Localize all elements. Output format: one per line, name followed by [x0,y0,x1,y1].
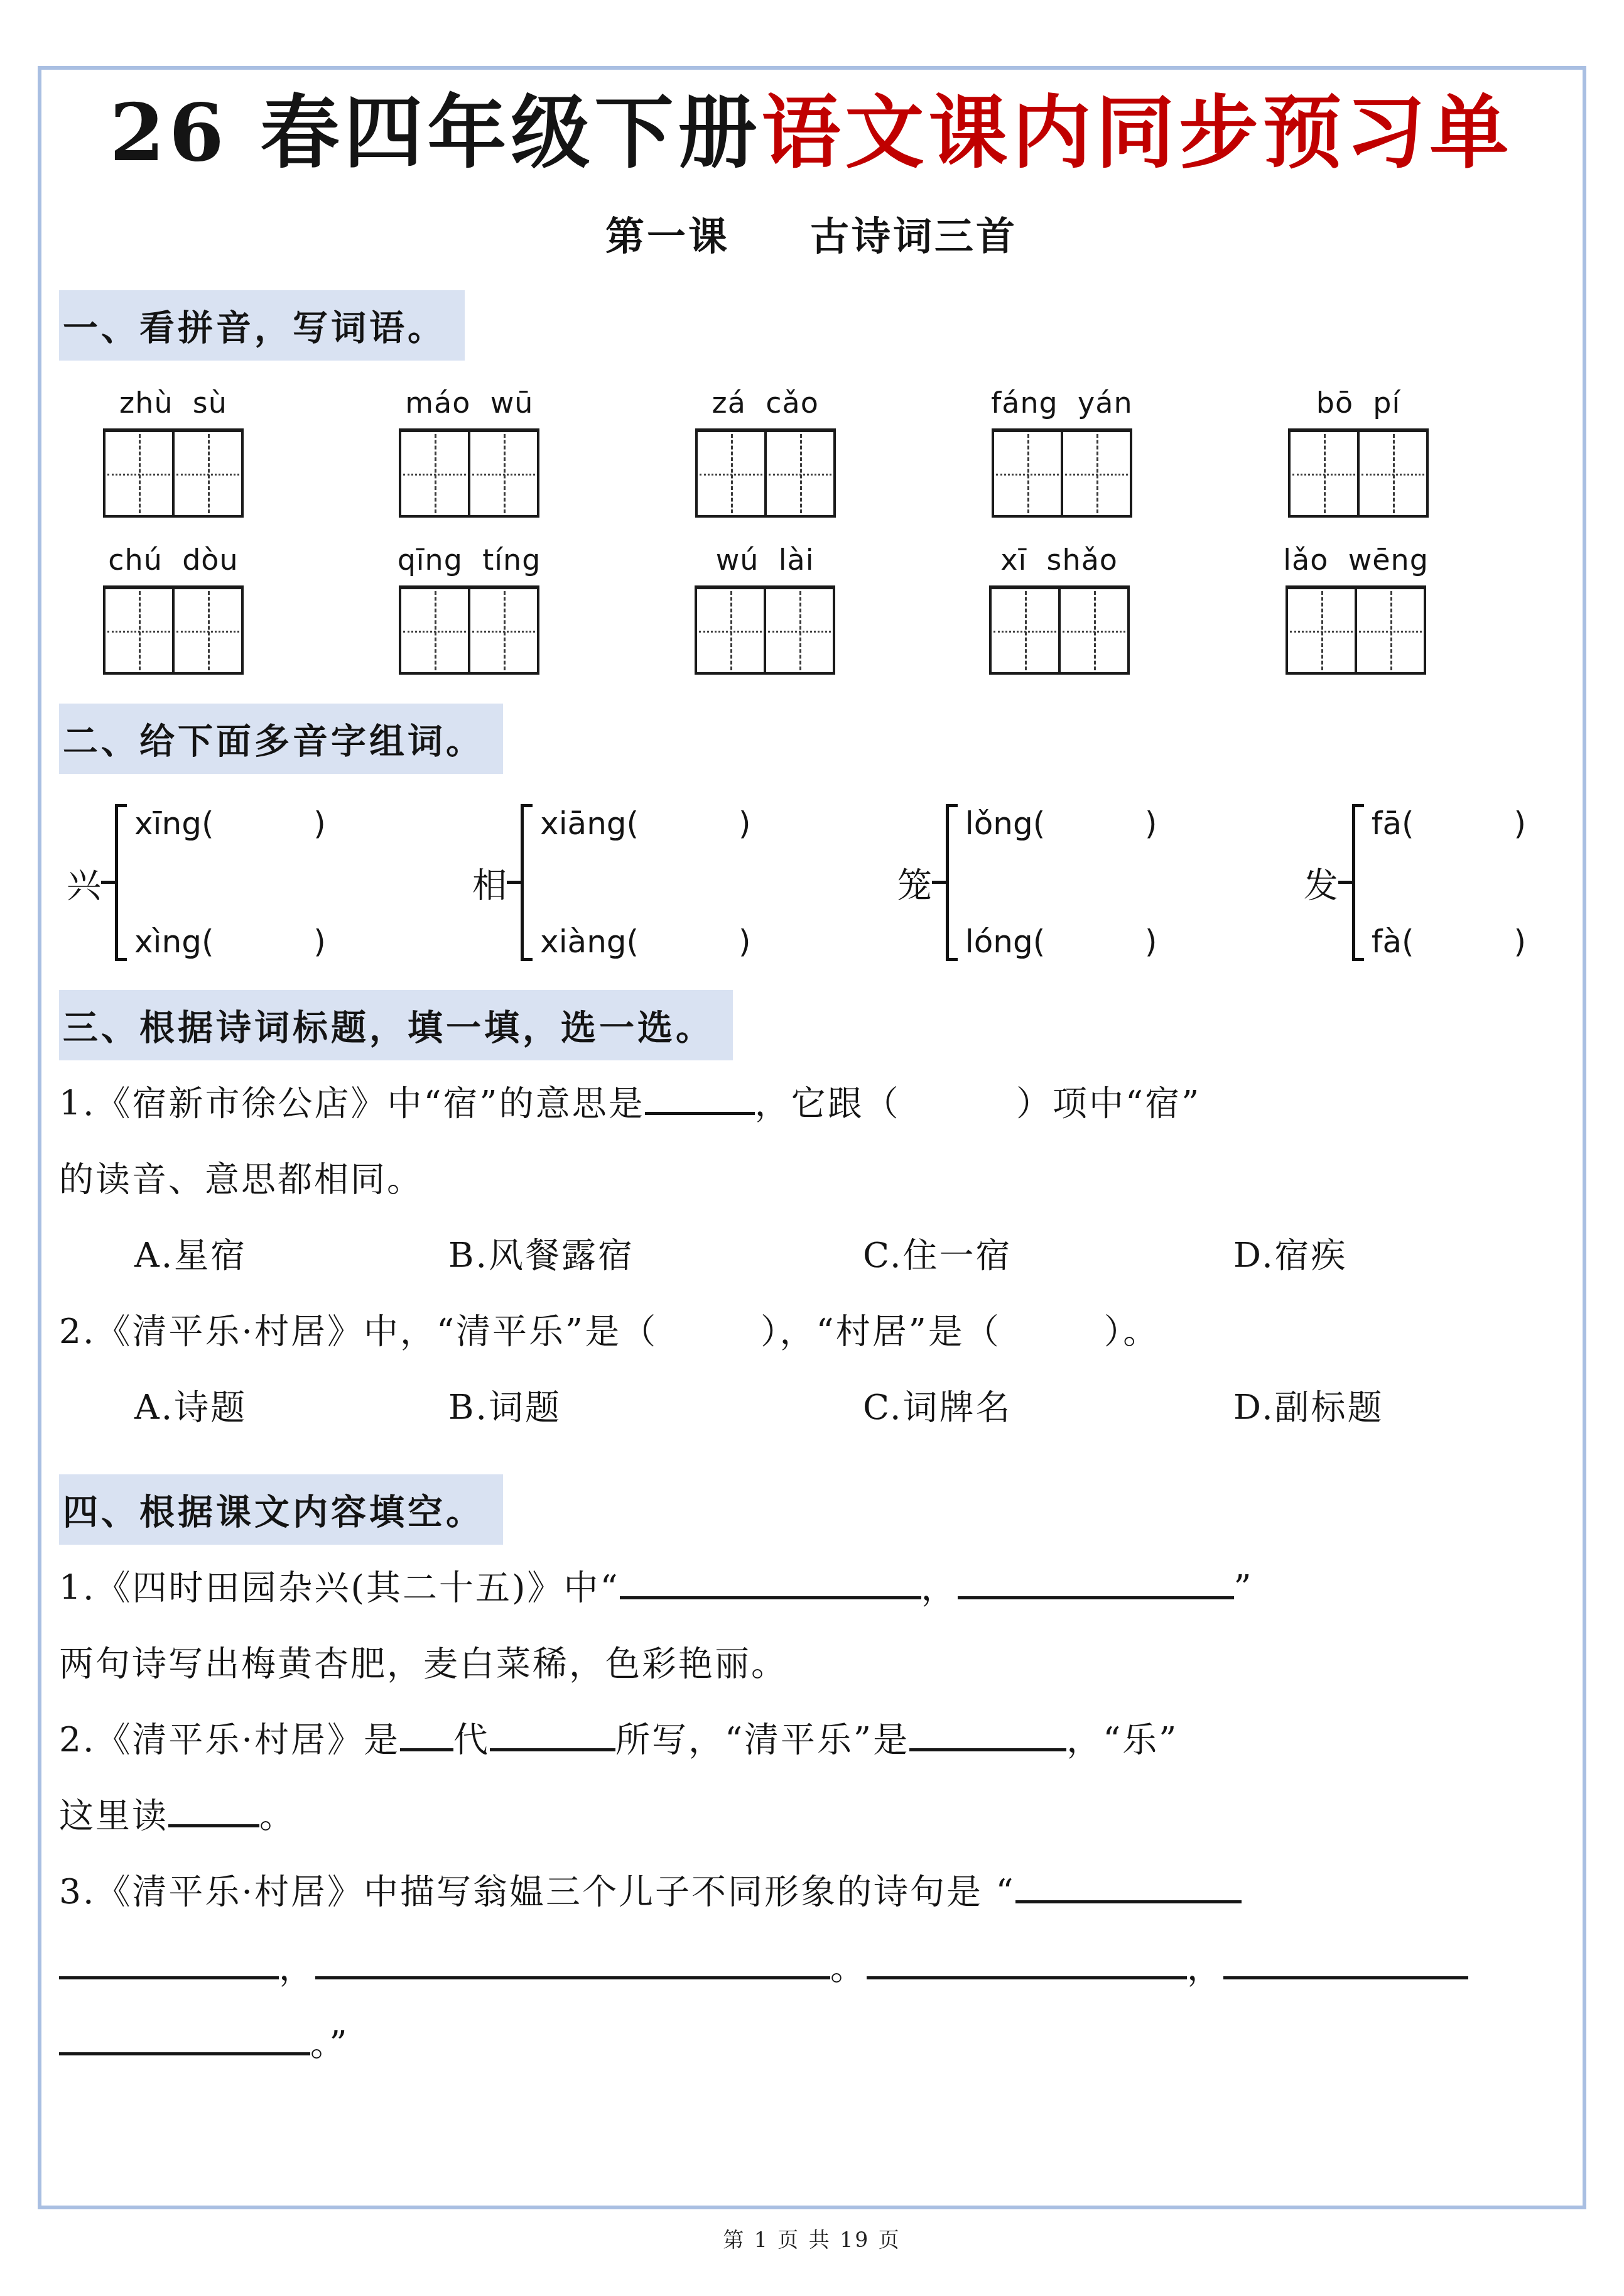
choice-item: A.诗题 [134,1369,448,1445]
pinyin-label: zhù sù [119,386,227,420]
pinyin-label: wú lài [716,543,815,577]
writing-box [469,428,539,518]
blank-line [867,1974,1187,1979]
pinyin-label: lǎo wēng [1283,543,1429,577]
question-line: 这里读。 [59,1778,1564,1854]
writing-box [1059,585,1130,675]
choice-row: A.星宿B.风餐露宿C.住一宿D.宿疾 [59,1217,1564,1293]
connector-dash [101,881,115,884]
text-segment: 1.《宿新市徐公店》中“宿”的意思是 [59,1083,645,1123]
text-segment: ， [1187,1947,1223,1988]
writing-box [1288,428,1358,518]
writing-box [1062,428,1132,518]
blank-line [168,1822,259,1827]
blank-line [59,2050,310,2055]
section3-heading: 三、根据诗词标题，填一填，选一选。 [59,990,1564,1060]
text-segment: 的读音、意思都相同。 [59,1159,423,1199]
text-segment: 。” [310,2023,349,2064]
blank-line [909,1746,1066,1751]
question-line: 1.《四时田园杂兴(其二十五)》中“，” [59,1550,1564,1626]
blank-line [315,1974,830,1979]
writing-box-pair [103,428,244,518]
pinyin-word-unit: fáng yán [991,386,1133,518]
writing-box [695,585,765,675]
section4-body: 1.《四时田园杂兴(其二十五)》中“，”两句诗写出梅黄杏肥，麦白菜稀，色彩艳丽。… [59,1550,1564,2082]
choice-item: D.副标题 [1233,1369,1564,1445]
section2-heading: 二、给下面多音字组词。 [59,704,1564,774]
text-segment: ，它跟（ ）项中“宿” [755,1083,1201,1123]
reading-line: fā( ) [1372,805,1526,842]
text-segment: ” [1234,1567,1253,1608]
pinyin-row: chú dòuqīng tíngwú làixī shǎolǎo wēng [59,543,1564,675]
pinyin-label: qīng tíng [398,543,541,577]
reading-line: fà( ) [1372,923,1526,960]
text-segment: 。 [259,1795,296,1836]
choice-row: A.诗题B.词题C.词牌名D.副标题 [59,1369,1564,1445]
readings-column: xiāng( )xiàng( ) [540,804,751,961]
question-line: 2.《清平乐·村居》是代所写，“清平乐”是，“乐” [59,1702,1564,1778]
readings-column: lǒng( )lóng( ) [965,804,1157,961]
text-segment: 这里读 [59,1795,168,1836]
writing-box [1356,585,1426,675]
page-footer: 第 1 页 共 19 页 [0,2224,1624,2253]
connector-dash [932,881,946,884]
pinyin-word-unit: xī shǎo [989,543,1130,675]
readings-column: fā( )fà( ) [1372,804,1526,961]
question-line: 的读音、意思都相同。 [59,1141,1564,1217]
text-segment: 2.《清平乐·村居》是 [59,1719,400,1760]
polyphone-character: 笼 [897,857,932,907]
question-line: 2.《清平乐·村居》中，“清平乐”是（ ），“村居”是（ ）。 [59,1293,1564,1369]
writing-box-pair [989,585,1130,675]
text-segment: 代 [453,1719,490,1760]
writing-box-pair [1286,585,1426,675]
section3-body: 1.《宿新市徐公店》中“宿”的意思是，它跟（ ）项中“宿”的读音、意思都相同。A… [59,1065,1564,1445]
text-segment: ，“乐” [1066,1719,1178,1760]
reading-line: xīng( ) [134,805,326,842]
writing-box [1286,585,1356,675]
choice-item: A.星宿 [134,1217,448,1293]
page-title-black: 26 春四年级下册 [109,86,761,179]
pinyin-label: zá cǎo [712,386,819,420]
writing-box [1358,428,1429,518]
pinyin-word-unit: wú lài [695,543,835,675]
question-line: 3.《清平乐·村居》中描写翁媪三个儿子不同形象的诗句是 “ [59,1854,1564,1930]
choice-item: C.词牌名 [863,1369,1233,1445]
writing-box-pair [1288,428,1429,518]
writing-box-pair [399,585,539,675]
writing-box [103,428,173,518]
writing-box [469,585,539,675]
writing-box [695,428,766,518]
writing-box [989,585,1059,675]
writing-box-pair [399,428,539,518]
page-frame: 26 春四年级下册语文课内同步预习单 第一课 古诗词三首 一、看拼音，写词语。 … [38,66,1586,2209]
connector-dash [507,881,521,884]
polyphone-character: 兴 [67,857,101,907]
pinyin-label: máo wū [405,386,533,420]
polyphone-exercise: 兴xīng( )xìng( )相xiāng( )xiàng( )笼lǒng( )… [59,804,1564,961]
blank-line [1223,1974,1468,1979]
page-title: 26 春四年级下册语文课内同步预习单 [59,84,1564,183]
text-segment: 所写，“清平乐”是 [615,1719,909,1760]
writing-box [766,428,836,518]
polyphone-group: 笼lǒng( )lóng( ) [897,804,1157,961]
writing-box-pair [103,585,244,675]
text-segment: ， [279,1947,315,1988]
text-segment: 两句诗写出梅黄杏肥，麦白菜稀，色彩艳丽。 [59,1643,788,1684]
bracket [1352,804,1364,961]
blank-line [59,1974,279,1979]
writing-box-pair [695,585,835,675]
polyphone-group: 发fā( )fà( ) [1304,804,1526,961]
writing-box-pair [695,428,836,518]
pinyin-word-unit: lǎo wēng [1283,543,1429,675]
pinyin-word-unit: chú dòu [103,543,244,675]
pinyin-word-unit: zá cǎo [695,386,836,518]
choice-item: D.宿疾 [1233,1217,1564,1293]
worksheet-document: { "colors":{"accent_red":"#c00000","high… [0,0,1624,2296]
writing-box [173,428,244,518]
reading-line: xiāng( ) [540,805,751,842]
connector-dash [1338,881,1352,884]
section2-heading-text: 二、给下面多音字组词。 [59,704,503,774]
bracket [946,804,958,961]
section3-heading-text: 三、根据诗词标题，填一填，选一选。 [59,990,733,1060]
blank-line [1015,1898,1242,1903]
pinyin-word-unit: zhù sù [103,386,244,518]
writing-box [103,585,173,675]
section4-heading: 四、根据课文内容填空。 [59,1474,1564,1545]
writing-box [173,585,244,675]
reading-line: lóng( ) [965,923,1157,960]
blank-line [490,1746,615,1751]
section4-heading-text: 四、根据课文内容填空。 [59,1474,503,1545]
pinyin-label: chú dòu [108,543,238,577]
pinyin-label: fáng yán [991,386,1133,420]
pinyin-label: xī shǎo [1000,543,1118,577]
text-segment: 3.《清平乐·村居》中描写翁媪三个儿子不同形象的诗句是 “ [59,1871,1015,1912]
choice-item: B.词题 [448,1369,863,1445]
polyphone-group: 相xiāng( )xiàng( ) [472,804,751,961]
question-line: ，。， [59,1930,1564,2006]
pinyin-label: bō pí [1316,386,1401,420]
choice-item: C.住一宿 [863,1217,1233,1293]
writing-box [992,428,1062,518]
pinyin-word-unit: máo wū [399,386,539,518]
pinyin-row: zhù sùmáo wūzá cǎofáng yánbō pí [59,386,1564,518]
text-segment: 2.《清平乐·村居》中，“清平乐”是（ ），“村居”是（ ）。 [59,1311,1159,1351]
question-line: 两句诗写出梅黄杏肥，麦白菜稀，色彩艳丽。 [59,1626,1564,1702]
blank-line [400,1746,453,1751]
pinyin-word-unit: bō pí [1288,386,1429,518]
page-title-red: 语文课内同步预习单 [762,86,1513,179]
choice-item: B.风餐露宿 [448,1217,863,1293]
readings-column: xīng( )xìng( ) [134,804,326,961]
text-segment: 1.《四时田园杂兴(其二十五)》中“ [59,1567,620,1608]
polyphone-group: 兴xīng( )xìng( ) [67,804,326,961]
bracket [115,804,127,961]
blank-line [645,1110,755,1115]
writing-box [399,585,469,675]
blank-line [958,1594,1234,1599]
lesson-title: 第一课 古诗词三首 [59,205,1564,261]
section1-heading: 一、看拼音，写词语。 [59,290,1564,361]
reading-line: xiàng( ) [540,923,751,960]
writing-box [765,585,835,675]
blank-line [620,1594,921,1599]
polyphone-character: 发 [1304,857,1338,907]
question-line: 1.《宿新市徐公店》中“宿”的意思是，它跟（ ）项中“宿” [59,1065,1564,1141]
pinyin-word-unit: qīng tíng [398,543,541,675]
question-line: 。” [59,2006,1564,2082]
polyphone-character: 相 [472,857,507,907]
reading-line: lǒng( ) [965,805,1157,842]
reading-line: xìng( ) [134,923,326,960]
section1-heading-text: 一、看拼音，写词语。 [59,290,465,361]
pinyin-exercise: zhù sùmáo wūzá cǎofáng yánbō píchú dòuqī… [59,386,1564,675]
writing-box [399,428,469,518]
text-segment: 。 [830,1947,867,1988]
bracket [521,804,533,961]
writing-box-pair [992,428,1132,518]
text-segment: ， [921,1567,958,1608]
